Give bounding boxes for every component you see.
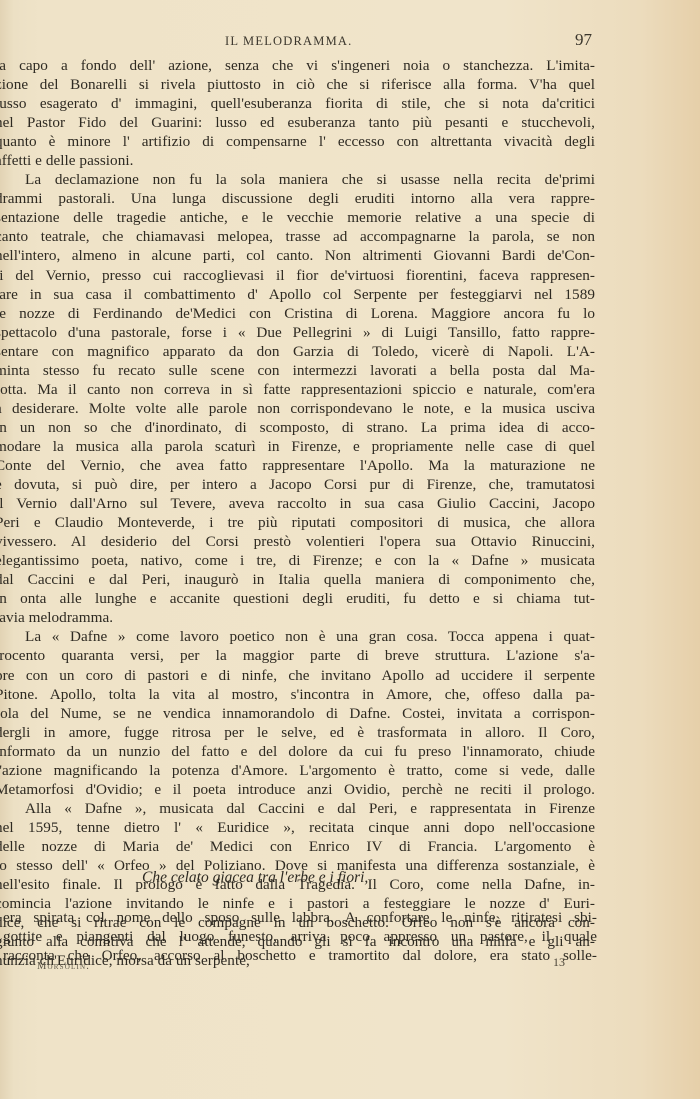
text-line: La « Dafne » come lavoro poetico non è u… — [0, 627, 595, 646]
text-line: La declamazione non fu la sola maniera c… — [0, 170, 595, 189]
text-line: informato da un nunzio del fatto e del d… — [0, 742, 595, 761]
text-line: affetti e delle passioni. — [0, 151, 595, 170]
text-line: Conte del Vernio, che avea fatto rappres… — [0, 456, 595, 475]
text-line: in un non so che d'inordinato, di scompo… — [0, 418, 595, 437]
running-title: IL MELODRAMMA. — [225, 34, 352, 49]
text-line: sentare con magnifico apparato da don Ga… — [0, 342, 595, 361]
sheet-number: 13 — [553, 955, 565, 970]
text-line: è dovuta, si può dire, per intero a Jaco… — [0, 475, 595, 494]
text-line: rola del Nume, se ne vendica innamorando… — [0, 704, 595, 723]
verse-quote: Che celato giacea tra l'erbe e i fiori, — [142, 869, 368, 887]
text-line: gottite e piangenti dal luogo funesto, a… — [3, 927, 597, 946]
text-line: Pitone. Apollo, tolta la vita al mostro,… — [0, 685, 595, 704]
text-line: ti del Vernio, presso cui raccoglievasi … — [0, 266, 595, 285]
text-line: Peri e Claudio Monteverde, i tre più rip… — [0, 513, 595, 532]
text-line: delle nozze di Maria de' Medici con Enri… — [0, 837, 595, 856]
text-line: pre con un coro di pastori e di ninfe, c… — [0, 666, 595, 685]
text-line: minta stesso fu recato sulle scene con i… — [0, 361, 595, 380]
text-line: quanto è minore l' artifizio di compensa… — [0, 132, 595, 151]
text-line: tare in sua casa il combattimento d' Apo… — [0, 285, 595, 304]
text-line: elegantissimo poeta, nativo, come i tre,… — [0, 551, 595, 570]
text-line: racconta che Orfeo, accorso al boschetto… — [3, 946, 597, 965]
text-line: dergli in amore, fugge ritrosa per le se… — [0, 723, 595, 742]
body-text-block-1: la capo a fondo dell' azione, senza che … — [0, 56, 595, 970]
text-line: nel 1595, tenne dietro l' « Euridice », … — [0, 818, 595, 837]
text-line: tavia melodramma. — [0, 608, 595, 627]
text-line: nell'intero, almeno in alcune parti, col… — [0, 246, 595, 265]
text-line: la capo a fondo dell' azione, senza che … — [0, 56, 595, 75]
text-line: le nozze di Ferdinando de'Medici con Cri… — [0, 304, 595, 323]
text-line: canto teatrale, che chiamavasi melopea, … — [0, 227, 595, 246]
text-line: spettacolo d'una pastorale, forse i « Du… — [0, 323, 595, 342]
text-line: Alla « Dafne », musicata dal Caccini e d… — [0, 799, 595, 818]
text-line: trocento quaranta versi, per la maggior … — [0, 646, 595, 665]
text-line: in onta alle lunghe e accanite questioni… — [0, 589, 595, 608]
body-text-block-2: era spirata col nome dello sposo sulle l… — [3, 908, 597, 965]
text-line: sentazione delle tragedie antiche, e le … — [0, 208, 595, 227]
text-line: vivessero. Al desiderio del Corsi prestò… — [0, 532, 595, 551]
text-line: rotta. Ma il canto non correva in sì fat… — [0, 380, 595, 399]
text-line: era spirata col nome dello sposo sulle l… — [3, 908, 597, 927]
text-line: zione del Bonarelli si rivela piuttosto … — [0, 75, 595, 94]
text-line: drammi pastorali. Una lunga discussione … — [0, 189, 595, 208]
text-line: lusso esagerato d' immagini, quell'esube… — [0, 94, 595, 113]
printer-signature: Morsolin. — [37, 961, 90, 972]
running-head: IL MELODRAMMA. 97 — [0, 34, 595, 54]
book-page: IL MELODRAMMA. 97 la capo a fondo dell' … — [0, 0, 700, 1099]
text-line: dal Caccini e dal Peri, inaugurò in Ital… — [0, 570, 595, 589]
page-number: 97 — [575, 30, 592, 50]
text-line: l'azione magnificando la potenza d'Amore… — [0, 761, 595, 780]
text-line: a desiderare. Molte volte alle parole no… — [0, 399, 595, 418]
text-line: il Vernio dall'Arno sul Tevere, aveva ra… — [0, 494, 595, 513]
text-line: modare la musica alla parola scaturì in … — [0, 437, 595, 456]
text-line: nel Pastor Fido del Guarini: lusso ed es… — [0, 113, 595, 132]
text-line: Metamorfosi d'Ovidio; e il poeta introdu… — [0, 780, 595, 799]
